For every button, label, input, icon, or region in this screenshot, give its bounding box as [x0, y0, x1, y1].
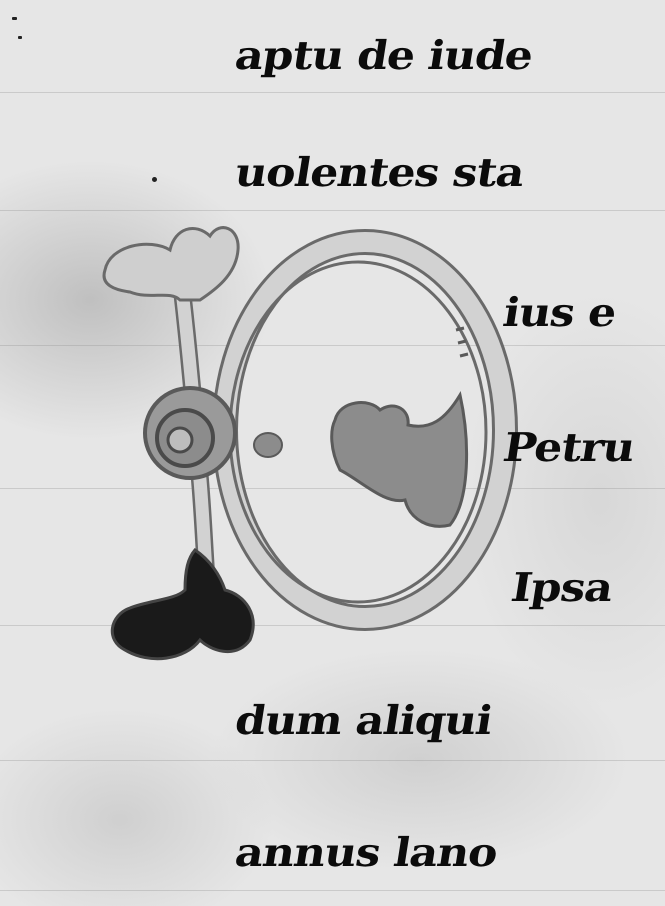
text-line-5: Ipsa [508, 565, 616, 611]
text-line-3: ius e [500, 290, 619, 336]
text-line-1: aptu de iude [232, 33, 536, 79]
text-line-7: annus lano [232, 830, 500, 876]
text-line-2: uolentes sta [232, 150, 527, 196]
text-line-6: dum aliqui [232, 698, 495, 744]
text-line-4: Petru [500, 425, 638, 471]
manuscript-photo: aptu de iude uolentes sta ius e Petru Ip… [0, 0, 665, 906]
